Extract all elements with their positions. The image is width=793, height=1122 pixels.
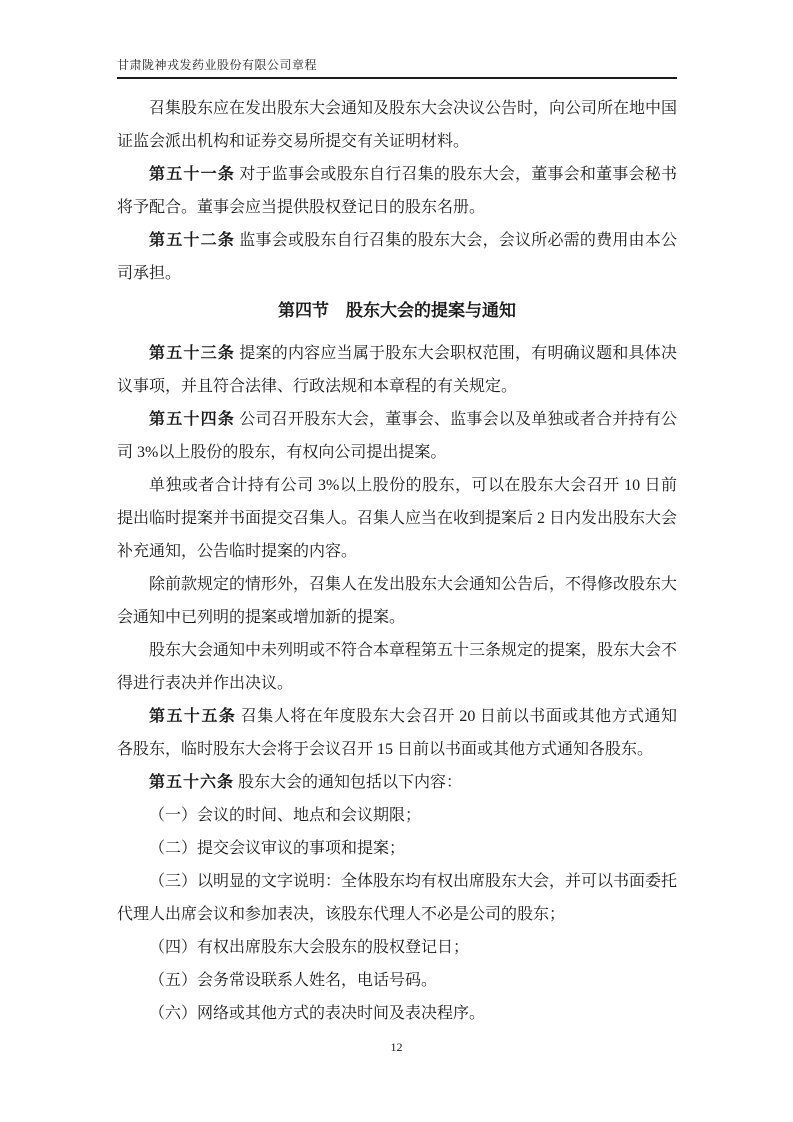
paragraph-text: 股东大会的通知包括以下内容： xyxy=(234,774,462,791)
paragraph-text: （三）以明显的文字说明：全体股东均有权出席股东大会，并可以书面委托代理人出席会议… xyxy=(117,873,677,923)
paragraph: 单独或者合计持有公司 3%以上股份的股东，可以在股东大会召开 10 日前提出临时… xyxy=(117,469,677,568)
paragraph: 第五十二条 监事会或股东自行召集的股东大会，会议所必需的费用由本公司承担。 xyxy=(117,224,677,290)
article-number: 第五十四条 xyxy=(149,411,235,428)
list-item: （一）会议的时间、地点和会议期限； xyxy=(117,799,677,832)
paragraph-text: （一）会议的时间、地点和会议期限； xyxy=(149,807,421,824)
paragraph-text: （五）会务常设联系人姓名，电话号码。 xyxy=(149,972,437,989)
list-item: （二）提交会议审议的事项和提案； xyxy=(117,832,677,865)
page-header: 甘肃陇神戎发药业股份有限公司章程 xyxy=(117,56,677,79)
document-body: 召集股东应在发出股东大会通知及股东大会决议公告时，向公司所在地中国证监会派出机构… xyxy=(117,92,677,1030)
list-item: （五）会务常设联系人姓名，电话号码。 xyxy=(117,964,677,997)
header-title: 甘肃陇神戎发药业股份有限公司章程 xyxy=(117,58,317,72)
paragraph-text: 单独或者合计持有公司 3%以上股份的股东，可以在股东大会召开 10 日前提出临时… xyxy=(117,477,677,560)
paragraph-text: 除前款规定的情形外，召集人在发出股东大会通知公告后，不得修改股东大会通知中已列明… xyxy=(117,576,677,626)
paragraph: 第五十五条 召集人将在年度股东大会召开 20 日前以书面或其他方式通知各股东，临… xyxy=(117,700,677,766)
paragraph-text: （六）网络或其他方式的表决时间及表决程序。 xyxy=(149,1005,485,1022)
article-number: 第五十二条 xyxy=(149,232,235,249)
article-number: 第五十一条 xyxy=(149,166,235,183)
paragraph: 第五十三条 提案的内容应当属于股东大会职权范围，有明确议题和具体决议事项，并且符… xyxy=(117,337,677,403)
article-number: 第五十六条 xyxy=(149,774,234,791)
paragraph: 第五十四条 公司召开股东大会，董事会、监事会以及单独或者合并持有公司 3%以上股… xyxy=(117,403,677,469)
paragraph: 第五十一条 对于监事会或股东自行召集的股东大会，董事会和董事会秘书将予配合。董事… xyxy=(117,158,677,224)
page-footer: 12 xyxy=(0,1040,793,1055)
page-number: 12 xyxy=(391,1040,403,1054)
paragraph: 第五十六条 股东大会的通知包括以下内容： xyxy=(117,766,677,799)
paragraph-text: 召集股东应在发出股东大会通知及股东大会决议公告时，向公司所在地中国证监会派出机构… xyxy=(117,100,677,150)
paragraph-text: （四）有权出席股东大会股东的股权登记日； xyxy=(149,939,469,956)
document-page: 甘肃陇神戎发药业股份有限公司章程 召集股东应在发出股东大会通知及股东大会决议公告… xyxy=(0,0,793,1122)
paragraph: 股东大会通知中未列明或不符合本章程第五十三条规定的提案，股东大会不得进行表决并作… xyxy=(117,634,677,700)
paragraph: 除前款规定的情形外，召集人在发出股东大会通知公告后，不得修改股东大会通知中已列明… xyxy=(117,568,677,634)
list-item: （六）网络或其他方式的表决时间及表决程序。 xyxy=(117,997,677,1030)
list-item: （三）以明显的文字说明：全体股东均有权出席股东大会，并可以书面委托代理人出席会议… xyxy=(117,865,677,931)
paragraph: 召集股东应在发出股东大会通知及股东大会决议公告时，向公司所在地中国证监会派出机构… xyxy=(117,92,677,158)
list-item: （四）有权出席股东大会股东的股权登记日； xyxy=(117,931,677,964)
paragraph-text: （二）提交会议审议的事项和提案； xyxy=(149,840,405,857)
article-number: 第五十五条 xyxy=(149,708,236,725)
section-heading: 第四节 股东大会的提案与通知 xyxy=(117,294,677,327)
article-number: 第五十三条 xyxy=(149,345,235,362)
paragraph-text: 股东大会通知中未列明或不符合本章程第五十三条规定的提案，股东大会不得进行表决并作… xyxy=(117,642,677,692)
